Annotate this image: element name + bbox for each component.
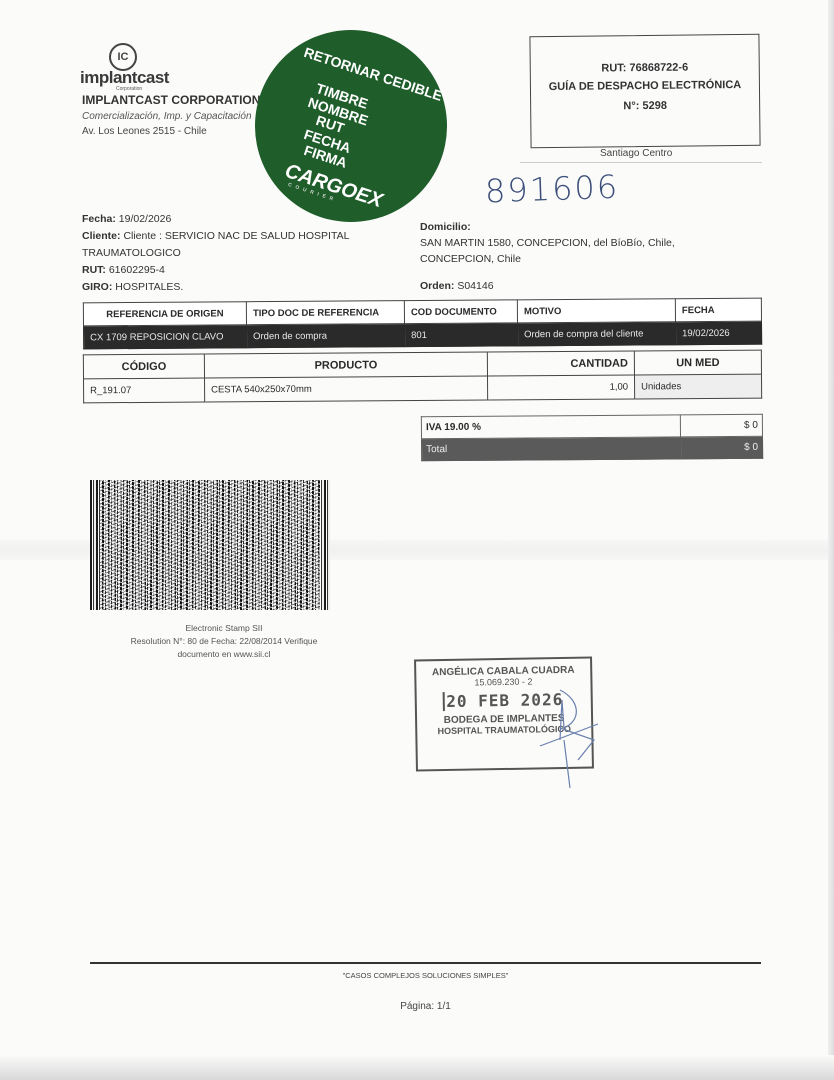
client-rut-value: 61602295-4 <box>109 264 165 276</box>
footer-slogan: "CASOS COMPLEJOS SOLUCIONES SIMPLES" <box>90 971 761 980</box>
total-value: $ 0 <box>680 436 762 459</box>
order-value: S04146 <box>457 280 493 292</box>
ref-header: COD DOCUMENTO <box>404 300 517 324</box>
product-name: CESTA 540x250x70mm <box>205 376 488 402</box>
address-label: Domicilio: <box>420 221 471 233</box>
reference-table: REFERENCIA DE ORIGEN TIPO DOC DE REFEREN… <box>83 298 762 350</box>
total-label: Total <box>422 437 681 461</box>
issuer-address: Av. Los Leones 2515 - Chile <box>82 126 207 137</box>
ref-cell: Orden de compra <box>247 324 405 348</box>
client-rut-label: RUT: <box>82 264 106 276</box>
issuer-rut: RUT: 76868722-6 <box>531 61 759 75</box>
company-logo-sub: Corporation <box>116 86 142 92</box>
ref-cell: CX 1709 REPOSICION CLAVO <box>84 325 247 349</box>
stamp-resolution: Resolution N°: 80 de Fecha: 22/08/2014 V… <box>90 635 358 648</box>
iva-label: IVA 19.00 % <box>421 415 680 439</box>
ref-cell: 19/02/2026 <box>675 321 761 345</box>
ref-cell: Orden de compra del cliente <box>517 322 675 346</box>
document-number: N°: 5298 <box>531 99 759 113</box>
issuer-name: IMPLANTCAST CORPORATION <box>82 93 260 107</box>
footer-divider <box>90 962 761 964</box>
address-value: SAN MARTIN 1580, CONCEPCION, del BíoBío,… <box>420 235 740 267</box>
product-header: PRODUCTO <box>204 352 487 378</box>
stamp-title: Electronic Stamp SII <box>90 622 358 635</box>
product-header: UN MED <box>634 350 761 375</box>
iva-value: $ 0 <box>680 414 762 437</box>
company-logo-wordmark: implantcast <box>80 68 169 88</box>
table-row: CX 1709 REPOSICION CLAVO Orden de compra… <box>84 321 762 349</box>
issuer-office: Santiago Centro <box>600 148 672 159</box>
cargoex-seal: RETORNAR CEDIBLE TIMBRE NOMBRE RUT FECHA… <box>255 30 447 222</box>
divider <box>520 162 762 163</box>
product-header: CÓDIGO <box>83 354 204 379</box>
electronic-stamp-caption: Electronic Stamp SII Resolution N°: 80 d… <box>90 622 358 661</box>
totals-table: IVA 19.00 % $ 0 Total $ 0 <box>421 414 763 461</box>
document-type: GUÍA DE DESPACHO ELECTRÓNICA <box>531 79 759 93</box>
ref-header: MOTIVO <box>517 299 675 323</box>
pdf417-barcode <box>90 480 330 610</box>
delivery-info: Domicilio: SAN MARTIN 1580, CONCEPCION, … <box>420 219 740 294</box>
giro-value: HOSPITALES. <box>115 281 183 293</box>
product-code: R_191.07 <box>84 378 205 403</box>
date-label: Fecha: <box>82 213 116 225</box>
page-number: Página: 1/1 <box>90 1001 761 1012</box>
date-value: 19/02/2026 <box>119 213 172 225</box>
giro-label: GIRO: <box>82 281 112 293</box>
client-value: Cliente : SERVICIO NAC DE SALUD HOSPITAL… <box>82 230 349 259</box>
product-quantity: 1,00 <box>487 375 634 400</box>
product-table: CÓDIGO PRODUCTO CANTIDAD UN MED R_191.07… <box>83 350 762 404</box>
document-id-box: RUT: 76868722-6 GUÍA DE DESPACHO ELECTRÓ… <box>529 34 760 148</box>
product-header: CANTIDAD <box>487 351 634 376</box>
ref-header: TIPO DOC DE REFERENCIA <box>246 301 404 325</box>
product-unit: Unidades <box>634 374 761 399</box>
paper-shadow <box>0 1055 834 1080</box>
ref-cell: 801 <box>405 323 518 347</box>
handwritten-number: 891606 <box>484 168 619 211</box>
client-label: Cliente: <box>82 230 121 242</box>
issuer-description: Comercialización, Imp. y Capacitación <box>82 111 254 122</box>
stamp-verify: documento en www.sii.cl <box>90 648 358 661</box>
signature-icon <box>520 680 600 790</box>
ref-header: REFERENCIA DE ORIGEN <box>83 302 246 326</box>
paper-edge <box>828 0 834 1080</box>
table-row: R_191.07 CESTA 540x250x70mm 1,00 Unidade… <box>84 374 762 403</box>
order-label: Orden: <box>420 280 454 292</box>
client-info: Fecha: 19/02/2026 Cliente: Cliente : SER… <box>82 211 382 296</box>
ref-header: FECHA <box>675 298 761 322</box>
company-logo-icon: IC <box>109 43 137 71</box>
